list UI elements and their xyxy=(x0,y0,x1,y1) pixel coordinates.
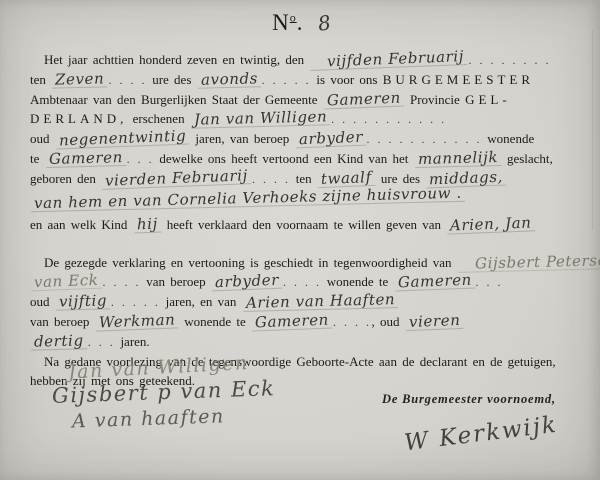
dotted-fill: . . . . . xyxy=(111,295,161,309)
printed-caps-text: BURGEMEESTER xyxy=(383,72,534,87)
printed-text: wonende xyxy=(482,131,534,146)
handwritten-text: Arien, Jan xyxy=(447,215,535,234)
handwritten-text: vieren xyxy=(405,313,463,331)
dotted-fill: . . . . xyxy=(103,275,142,289)
printed-text: oud xyxy=(30,294,55,309)
handwritten-text: vierden Februarij xyxy=(102,168,251,190)
document-body: Het jaar achttien honderd zeven en twint… xyxy=(30,50,574,390)
document-line: ten Zeven. . . . ure des avonds. . . . .… xyxy=(30,70,574,90)
handwritten-text: negenentwintig xyxy=(55,128,189,149)
document-line: oud negenentwintig jaren, van beroep arb… xyxy=(30,129,574,149)
printed-text: wonende te xyxy=(179,314,251,329)
dotted-fill: . . . . . . . . xyxy=(468,53,551,67)
signature-block-right: De Burgemeester voornoemd, W Kerkwijk xyxy=(382,392,582,447)
printed-text: is voor ons xyxy=(311,72,383,87)
document-line: te Gameren. . . dewelke ons heeft vertoo… xyxy=(30,149,574,169)
handwritten-text-faint: van Eck xyxy=(31,273,102,292)
printed-text: ten xyxy=(30,72,51,87)
dotted-fill: . . . . . . . . . . . xyxy=(331,112,447,126)
dotted-fill: . . . . . xyxy=(262,73,312,87)
dotted-fill: . . . . xyxy=(283,275,322,289)
document-line: van hem en van Cornelia Verhoeks zijne h… xyxy=(30,189,574,208)
printed-text: dewelke ons heeft vertoond een Kind van … xyxy=(154,151,414,166)
handwritten-text: Gameren xyxy=(252,312,332,331)
printed-caps-text: DERLAND, xyxy=(30,111,127,126)
printed-text: jaren. xyxy=(115,334,149,349)
handwritten-text-faint: Gijsbert Peterse xyxy=(458,253,600,273)
handwritten-text: dertig xyxy=(31,333,87,350)
printed-text: Ambtenaar van den Burgerlijken Staat der… xyxy=(30,92,323,107)
printed-text: van beroep xyxy=(141,274,211,289)
handwritten-text: arbyder xyxy=(295,130,366,149)
dotted-fill: . . . . xyxy=(252,172,291,186)
printed-text: ure des xyxy=(147,72,197,87)
printed-text: ten xyxy=(291,171,317,186)
document-content: No. 8 Het jaar achttien honderd zeven en… xyxy=(0,0,600,390)
printed-text: , oud xyxy=(372,314,405,329)
handwritten-text: Jan van Willigen xyxy=(191,109,331,128)
number-label: No. xyxy=(272,10,303,35)
printed-text: jaren, van beroep xyxy=(190,131,294,146)
printed-caps-text: GEL- xyxy=(465,92,511,107)
document-line: Ambtenaar van den Burgerlijken Staat der… xyxy=(30,90,574,109)
dotted-fill: . . . xyxy=(88,335,116,349)
act-number-heading: No. 8 xyxy=(30,10,574,42)
printed-text: oud xyxy=(30,131,55,146)
handwritten-text: vijfden Februarij xyxy=(310,49,468,71)
document-line: geboren den vierden Februarij. . . . ten… xyxy=(30,169,574,189)
printed-text: ure des xyxy=(376,171,426,186)
handwritten-text: Gameren xyxy=(324,90,404,109)
birth-certificate-document: No. 8 Het jaar achttien honderd zeven en… xyxy=(0,0,600,480)
handwritten-text: Zeven xyxy=(52,71,108,88)
document-line: van beroep Werkman wonende te Gameren. .… xyxy=(30,312,574,332)
printed-text: en aan welk Kind xyxy=(30,217,133,232)
handwritten-text: vijftig xyxy=(56,293,110,310)
document-line: en aan welk Kind hij heeft verklaard den… xyxy=(30,215,574,234)
document-line: DERLAND, erschenen Jan van Willigen. . .… xyxy=(30,109,574,129)
printed-text: geboren den xyxy=(30,171,101,186)
dotted-fill: . . . . xyxy=(108,73,147,87)
handwritten-text: van hem en van Cornelia Verhoeks zijne h… xyxy=(31,186,465,213)
handwritten-text: arbyder xyxy=(212,273,283,292)
printed-text: Provincie xyxy=(405,92,465,107)
printed-text: jaren, en van xyxy=(160,294,241,309)
printed-text: geslacht, xyxy=(502,151,553,166)
signature-burgemeester: W Kerkwijk xyxy=(403,412,559,457)
printed-text: De gezegde verklaring en vertooning is g… xyxy=(44,255,457,270)
handwritten-text: avonds xyxy=(197,71,260,89)
burgemeester-title: De Burgemeester voornoemd, xyxy=(382,392,582,407)
printed-text: wonende te xyxy=(321,274,393,289)
document-line: van Eck. . . . van beroep arbyder. . . .… xyxy=(30,272,574,292)
handwritten-text: hij xyxy=(133,216,161,233)
document-line: De gezegde verklaring en vertooning is g… xyxy=(30,253,574,272)
handwritten-text: Arien van Haaften xyxy=(242,292,398,312)
printed-text: heeft verklaard den voornaam te willen g… xyxy=(162,217,447,232)
dotted-fill: . . . xyxy=(475,275,503,289)
signature-block-left: Jan van Willigen Gijsbert p van Eck A va… xyxy=(52,356,275,429)
printed-text: Het jaar achttien honderd zeven en twint… xyxy=(44,52,309,67)
handwritten-text: Gameren xyxy=(394,272,474,291)
printed-text: van beroep xyxy=(30,314,95,329)
dotted-fill: . . . . . . . . . . . xyxy=(367,132,483,146)
dotted-fill: . . . xyxy=(127,152,155,166)
printed-text: te xyxy=(30,151,45,166)
handwritten-text: Gameren xyxy=(45,150,125,168)
dotted-fill: . . . . xyxy=(333,315,372,329)
document-line: oud vijftig. . . . . jaren, en van Arien… xyxy=(30,292,574,312)
act-number-value: 8 xyxy=(317,10,334,36)
handwritten-text: mannelijk xyxy=(414,150,500,168)
printed-text: erschenen xyxy=(127,111,189,126)
handwritten-text: Werkman xyxy=(95,312,178,331)
document-line: dertig. . . jaren. xyxy=(30,332,574,352)
scan-crease-line xyxy=(592,30,593,230)
document-line: Het jaar achttien honderd zeven en twint… xyxy=(30,50,574,70)
signature-witness-2: A van haaften xyxy=(72,403,276,432)
